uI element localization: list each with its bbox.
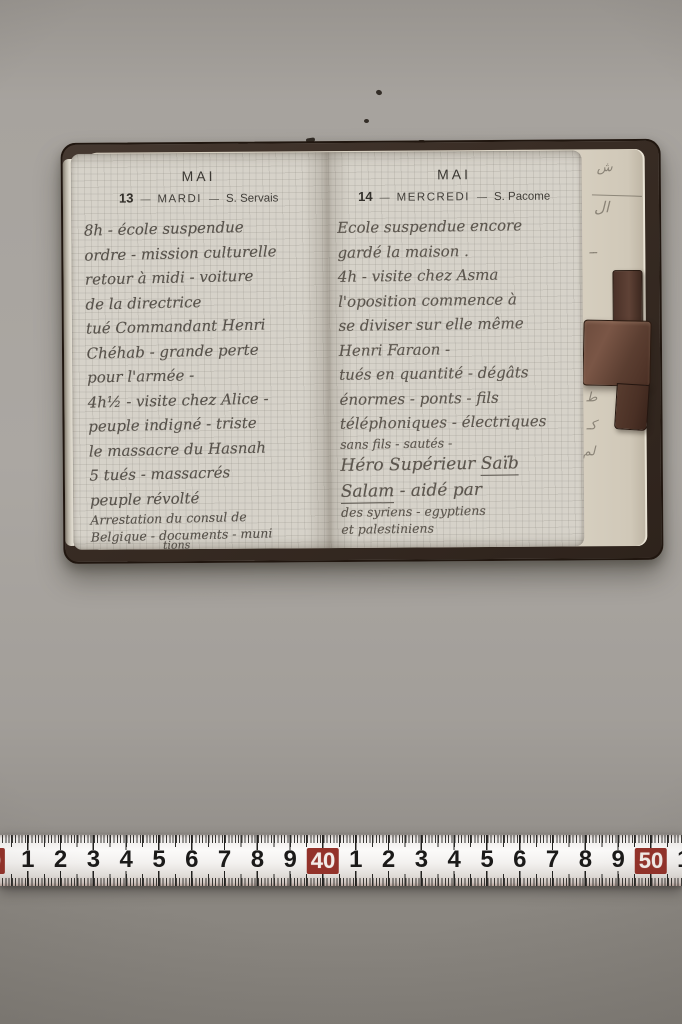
handwriting-text: Chéhab - grande perte (86, 340, 258, 362)
ruler-cm-label: 5 (152, 846, 165, 874)
ruler-decade-label: 40 (307, 848, 339, 874)
handwriting-text: Henri Faraon - (338, 340, 450, 360)
ruler-cm-label: 4 (448, 846, 461, 874)
dash-separator: — (209, 194, 219, 205)
handwriting-line: téléphoniques - électriques (339, 408, 584, 436)
handwriting-text: 4h - visite chez Asma (337, 266, 498, 286)
dash-separator: — (477, 192, 487, 203)
handwriting-text: Héro Supérieur (340, 454, 481, 476)
ruler-cm-label: 3 (87, 846, 100, 874)
handwriting-line: 4h - visite chez Asma (337, 261, 582, 289)
ruler-cm-label: 1 (349, 846, 362, 874)
page-may-14: MAI 14—MERCREDI—S. Pacome Ecole suspendu… (326, 150, 584, 548)
ruler-cm-label: 2 (54, 846, 67, 874)
ruler-cm-label: 8 (579, 846, 592, 874)
ruler-cm-label: 9 (284, 846, 297, 874)
ruler-cm-label: 6 (513, 846, 526, 874)
ruler-cm-label: 5 (480, 846, 493, 874)
day-number: 14 (358, 189, 373, 204)
handwriting-line: l'oposition commence à (338, 286, 583, 314)
handwriting-text: - aidé par (394, 480, 482, 501)
ruler-decade-label: 0 (0, 848, 5, 874)
dash-separator: — (380, 193, 390, 204)
handwriting-text: de la directrice (85, 292, 201, 313)
underlined-word: Salam (340, 481, 394, 504)
leather-strap-tail (614, 383, 650, 431)
underpage-mark: كـ (586, 418, 596, 433)
handwriting-text: Arrestation du consul de (90, 509, 247, 528)
day-name: MERCREDI (397, 191, 470, 204)
ruler-cm-label: 3 (415, 846, 428, 874)
handwriting-text: téléphoniques - électriques (339, 412, 546, 433)
handwriting-text: tués en quantité - dégâts (339, 363, 529, 384)
underpage-mark: ال (594, 198, 609, 216)
handwriting-left: 8h - école suspendueordre - mission cult… (71, 202, 329, 550)
pencil-line (592, 194, 642, 196)
underpage-mark: ــ (589, 242, 597, 257)
handwriting-text: sans fils - sautés - (340, 435, 452, 452)
month-label: MAI (71, 167, 327, 185)
ruler-cm-label: 2 (382, 846, 395, 874)
dash-separator: — (140, 194, 150, 205)
ruler-cm-label: 4 (120, 846, 133, 874)
handwriting-line: se diviser sur elle même (338, 310, 583, 338)
handwriting-line: tués en quantité - dégâts (339, 359, 584, 387)
page-header: MAI 14—MERCREDI—S. Pacome (326, 150, 582, 204)
ruler-cm-label: 8 (251, 846, 264, 874)
page-may-13: MAI 13—MARDI—S. Servais 8h - école suspe… (71, 152, 329, 550)
handwriting-text: et palestiniens (341, 520, 434, 536)
ruler-cm-label: 7 (218, 846, 231, 874)
ruler-cm-label: 1 (677, 846, 682, 874)
handwriting-line: Ecole suspendue encore (336, 212, 581, 240)
handwriting-line: énormes - ponts - fils (339, 384, 584, 412)
day-name: MARDI (157, 193, 202, 205)
handwriting-text: ordre - mission culturelle (84, 242, 277, 264)
handwriting-text: pour l'armée - (87, 366, 194, 386)
handwriting-text: des syriens - egyptiens (341, 503, 486, 520)
handwriting-text: 5 tués - massacrés (89, 463, 230, 484)
handwriting-text: tué Commandant Henri (86, 316, 266, 338)
handwriting-line: Héro Supérieur Saïb (340, 449, 585, 478)
underlined-word: Saïb (480, 453, 518, 476)
underpage-mark: لم (583, 444, 596, 459)
photo-scene: ش ال ــ ط كـ لم MAI 13—MARDI—S. Servais … (0, 0, 682, 1024)
handwriting-text: 8h - école suspendue (84, 218, 244, 240)
ruler-decade-label: 50 (635, 848, 667, 874)
handwriting-text: peuple révolté (90, 489, 200, 509)
handwriting-text: 4h½ - visite chez Alice - (88, 389, 269, 411)
handwriting-text: retour à midi - voiture (85, 267, 254, 289)
handwriting-text: le massacre du Hasnah (89, 438, 267, 460)
underpage-mark: ط (585, 390, 597, 405)
handwriting-text: l'oposition commence à (338, 290, 517, 310)
handwriting-text: se diviser sur elle même (338, 314, 523, 335)
month-label: MAI (326, 165, 582, 183)
handwriting-line: Salam - aidé par (340, 475, 584, 504)
leather-strap-clasp (582, 319, 651, 386)
day-number: 13 (119, 191, 134, 206)
underpage-mark: ش (597, 160, 613, 175)
handwriting-line: Henri Faraon - (338, 335, 583, 363)
ruler-cm-label: 6 (185, 846, 198, 874)
ruler-cm-label: 9 (612, 846, 625, 874)
handwriting-text: Ecole suspendue encore (337, 216, 522, 237)
handwriting-text: peuple indigné - triste (88, 414, 257, 436)
ruler-cm-label: 7 (546, 846, 559, 874)
handwriting-text: gardé la maison . (337, 242, 469, 262)
handwriting-line: et palestiniens (341, 518, 585, 538)
page-header: MAI 13—MARDI—S. Servais (71, 152, 327, 206)
open-pages: MAI 13—MARDI—S. Servais 8h - école suspe… (71, 150, 585, 550)
measuring-tape: 012345678940123456789501 (0, 834, 682, 886)
dirt-speck (375, 89, 382, 96)
leather-strap-upper (612, 270, 642, 324)
handwriting-text: énormes - ponts - fils (339, 388, 499, 408)
handwriting-text: tions (163, 538, 191, 550)
dirt-speck (364, 119, 369, 123)
handwriting-line: gardé la maison . (337, 237, 582, 265)
handwriting-right: Ecole suspendue encoregardé la maison .4… (326, 201, 584, 538)
ruler-cm-label: 1 (21, 846, 34, 874)
